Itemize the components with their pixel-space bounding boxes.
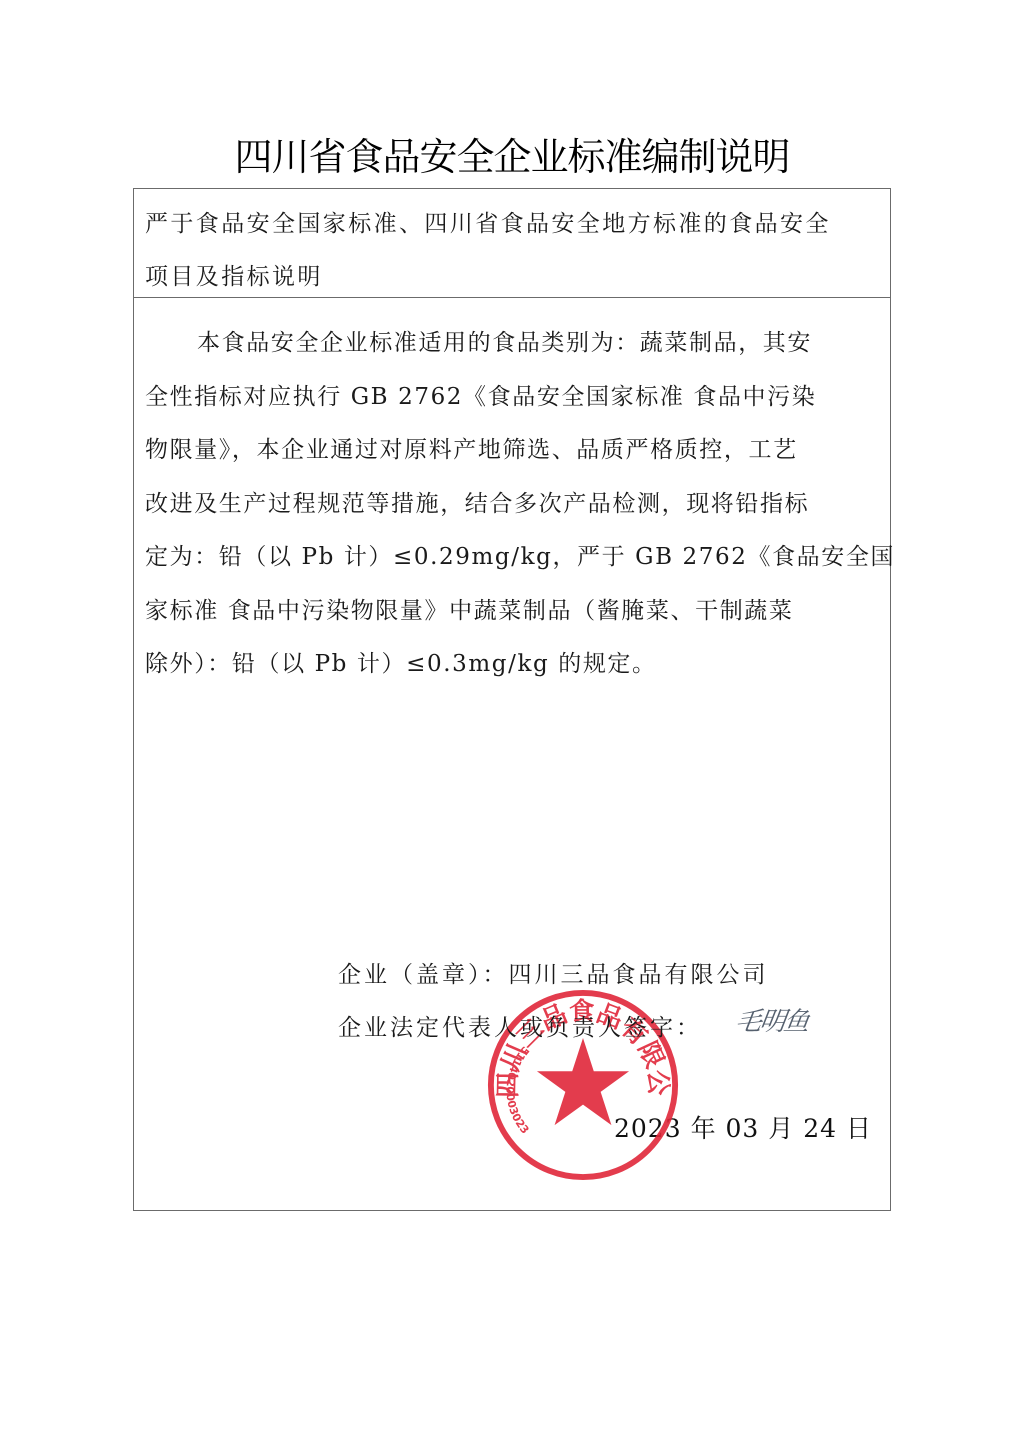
header-line-1: 严于食品安全国家标准、四川省食品安全地方标准的食品安全 <box>145 198 885 251</box>
paragraph-line: 本食品安全企业标准适用的食品类别为：蔬菜制品，其安 <box>145 317 885 371</box>
paragraph-line: 除外）：铅（以 Pb 计）≤0.3mg/kg 的规定。 <box>145 638 885 692</box>
table-header-cell: 严于食品安全国家标准、四川省食品安全地方标准的食品安全 项目及指标说明 <box>134 189 890 298</box>
company-label: 企业（盖章）： <box>338 962 509 988</box>
document-title: 四川省食品安全企业标准编制说明 <box>0 133 1024 181</box>
header-line-2: 项目及指标说明 <box>145 251 885 304</box>
handwritten-signature: 毛明鱼 <box>733 1001 810 1038</box>
explanation-paragraph: 本食品安全企业标准适用的食品类别为：蔬菜制品，其安 全性指标对应执行 GB 27… <box>145 317 885 692</box>
paragraph-line: 定为：铅（以 Pb 计）≤0.29mg/kg，严于 GB 2762《食品安全国 <box>145 531 885 585</box>
company-row: 企业（盖章）：四川三品食品有限公司 <box>338 949 769 1002</box>
paragraph-line: 改进及生产过程规范等措施，结合多次产品检测，现将铅指标 <box>145 478 885 532</box>
explanation-table: 严于食品安全国家标准、四川省食品安全地方标准的食品安全 项目及指标说明 本食品安… <box>133 188 891 1211</box>
table-body-cell: 本食品安全企业标准适用的食品类别为：蔬菜制品，其安 全性指标对应执行 GB 27… <box>134 299 890 1210</box>
paragraph-line: 物限量》，本企业通过对原料产地筛选、品质严格质控，工艺 <box>145 424 885 478</box>
representative-label: 企业法定代表人或负责人签字： <box>338 1015 702 1041</box>
company-name: 四川三品食品有限公司 <box>509 962 769 988</box>
signature-block: 企业（盖章）：四川三品食品有限公司 企业法定代表人或负责人签字： <box>338 949 769 1055</box>
paragraph-line: 家标准 食品中污染物限量》中蔬菜制品（酱腌菜、干制蔬菜 <box>145 585 885 639</box>
representative-row: 企业法定代表人或负责人签字： <box>338 1002 769 1055</box>
header-text: 严于食品安全国家标准、四川省食品安全地方标准的食品安全 项目及指标说明 <box>145 198 885 304</box>
paragraph-line: 全性指标对应执行 GB 2762《食品安全国家标准 食品中污染 <box>145 371 885 425</box>
